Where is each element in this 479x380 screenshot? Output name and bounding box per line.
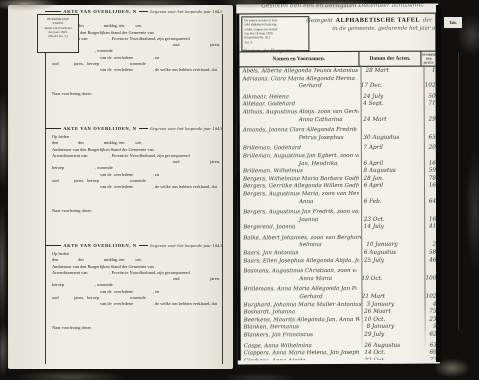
entry-name: Bergers, Augustinus Jan Fredrik, zoon va… bbox=[243, 209, 359, 217]
header-rule bbox=[139, 128, 148, 129]
entry-name: Amands, Joanna Clara Allegonda Fredrik bbox=[243, 127, 359, 135]
form-section: AKTE VAN OVERLIJDEN, N Gegeven voor het … bbox=[45, 122, 222, 239]
table-row: Althuis, Augustinus Aloijs, zoon van Ger… bbox=[240, 109, 436, 125]
table-row: Balke, Albert Johannes, zoon van Berghar… bbox=[240, 234, 436, 250]
entry-date: 14 July bbox=[359, 224, 424, 232]
entry-act-number: 77 bbox=[425, 357, 437, 360]
entry-name-cell: Adriaans, Clara Maria Allegonda Hermanus… bbox=[240, 76, 356, 92]
table-row: Adriaans, Clara Maria Allegonda Hermanus… bbox=[240, 75, 436, 91]
entry-date: 24 Mart bbox=[358, 116, 423, 124]
printed-stamp-box: BURGERLIJKE STAND. Akten van Overlijden … bbox=[37, 14, 79, 53]
header-rule bbox=[45, 11, 61, 12]
entry-act-number: 64 bbox=[424, 198, 436, 206]
table-row: Bergerend, Joanna 14 July 41 bbox=[240, 224, 436, 232]
entry-act-number: 63 bbox=[424, 342, 436, 350]
scanned-register-spread: AKTE VAN OVERLIJDEN, N Gegeven voor het … bbox=[0, 0, 479, 380]
book-fold-edge bbox=[436, 5, 441, 362]
handwritten-corner-note: Gegeven voor het loopende jaar 1843 bbox=[150, 9, 222, 14]
form-footer: Naar voorlezing dezer. bbox=[45, 91, 222, 96]
entry-name-cell: Baars, Ellen Josephus Allegonda Alijda, … bbox=[240, 258, 359, 266]
entry-date: 30 Augustus bbox=[358, 134, 423, 142]
form-section-title: AKTE VAN OVERLIJDEN, N bbox=[63, 126, 137, 131]
entry-name-cell: Brillemans, Anna Maria Allegonda Jan Pet… bbox=[240, 286, 356, 302]
form-line: van de overledene , de welke ons hebben … bbox=[52, 301, 222, 307]
header-rule bbox=[45, 128, 61, 129]
printed-notice-box: De namen worden in deze tafel alphabetis… bbox=[241, 16, 309, 51]
handwritten-corner-note: Gegeven voor het loopende jaar 1843 bbox=[150, 243, 222, 248]
entry-date: 22 Oct. bbox=[359, 357, 424, 360]
table-row: Bergers, Augustinus Maria, zoon van Hend… bbox=[240, 190, 436, 206]
entry-act-number: 71 bbox=[423, 101, 435, 109]
stamp-line: (Model No. 3.) bbox=[38, 34, 78, 38]
entry-name-continued: Anna bbox=[243, 198, 359, 206]
entry-act-number: 100 bbox=[421, 275, 437, 283]
table-row: Blankers, Jan Franciscus 29 July 62 bbox=[241, 332, 437, 340]
entry-name: Baars, Ellen Josephus Allegonda Alijda, … bbox=[243, 258, 359, 266]
entry-date: 6 April bbox=[359, 183, 424, 191]
entry-name-cell: Balke, Albert Johannes, zoon van Berghar… bbox=[240, 235, 361, 251]
header-rule bbox=[139, 245, 148, 246]
entry-act-number: 23 bbox=[424, 316, 436, 324]
entry-date: 17 Dec. bbox=[356, 83, 420, 91]
entry-date: 29 July bbox=[359, 332, 424, 340]
form-section-title: AKTE VAN OVERLIJDEN, N bbox=[63, 243, 137, 248]
notice-line: Art. 4. bbox=[244, 40, 306, 45]
handwritten-note-above-table: Gesloten den een en dertigsten December … bbox=[261, 2, 423, 10]
index-table-frame: De namen worden in deze tafel alphabetis… bbox=[236, 13, 439, 361]
entry-name-cell: Bergerend, Joanna bbox=[240, 224, 359, 232]
handwritten-margin-note: Gezien, de Burgemr. bbox=[243, 49, 293, 54]
form-footer: Naar voorlezing dezer. bbox=[45, 208, 222, 213]
entry-act-number: 29 bbox=[423, 116, 435, 124]
entry-name-cell: Althuis, Augustinus Aloijs, zoon van Ger… bbox=[240, 109, 359, 125]
entry-date: 7 April bbox=[358, 145, 423, 153]
entry-name-cell: Clerkens, Anna Aleida bbox=[241, 358, 360, 361]
entry-date: 25 July bbox=[359, 257, 424, 265]
handwritten-title-suffix: der akten van overlijden, des jaars 1843 bbox=[423, 17, 432, 23]
header-rule bbox=[45, 245, 61, 246]
entry-act-number: 16 bbox=[424, 183, 436, 191]
entry-name-continued: Anna Catharina bbox=[243, 116, 359, 124]
header-rule bbox=[139, 11, 148, 12]
table-row: Bergers, Augustinus Jan Fredrik, zoon va… bbox=[240, 209, 436, 225]
form-footer: Naar voorlezing dezer. bbox=[45, 325, 222, 330]
entry-name: Bergerend, Joanna bbox=[243, 224, 359, 232]
table-row: Amands, Joanna Clara Allegonda Fredrik P… bbox=[240, 127, 436, 143]
handwritten-corner-note: Gegeven voor het loopende jaar 1843 bbox=[150, 126, 222, 131]
entry-date: 4 Sept. bbox=[358, 101, 423, 109]
entry-act-number: 65 bbox=[424, 134, 436, 142]
table-row: Brilleman, Augustinus Jan Egbert, zoon v… bbox=[240, 153, 436, 169]
entry-name-continued: Gerhard bbox=[243, 83, 356, 91]
table-row: Baars, Ellen Josephus Allegonda Alijda, … bbox=[240, 257, 436, 265]
handwritten-title-prefix: Gezegeld bbox=[306, 18, 332, 24]
table-title: ALPHABETISCHE TAFEL bbox=[336, 17, 420, 24]
entry-name: Bergers, Augustinus Maria, zoon van Hend… bbox=[243, 191, 359, 199]
table-body: Abels, Alberta Allegonda Teunis Antonius… bbox=[239, 65, 436, 361]
entry-act-number: 58 bbox=[424, 250, 436, 258]
entry-act-number: 62 bbox=[424, 332, 436, 340]
entry-act-number: 41 bbox=[424, 224, 436, 232]
form-line: van de overledene , de welke ons hebben … bbox=[52, 67, 222, 73]
left-page-death-certificate-forms: AKTE VAN OVERLIJDEN, N Gegeven voor het … bbox=[8, 5, 233, 369]
page-tab: Tab. bbox=[444, 17, 462, 28]
entry-act-number: 59 bbox=[424, 168, 436, 176]
entry-act-number: 102 bbox=[420, 83, 436, 91]
entry-name: Blankers, Jan Franciscus bbox=[244, 332, 360, 340]
entry-name-cell: Bergers, Augustinus Maria, zoon van Hend… bbox=[240, 191, 359, 207]
entry-name-continued: Petrus Josephus bbox=[243, 135, 359, 143]
form-line: van de overledene , de welke ons hebben … bbox=[52, 184, 222, 190]
entry-name-cell: Brilleman, Augustinus Jan Egbert, zoon v… bbox=[240, 153, 359, 169]
entry-act-number: 75 bbox=[424, 309, 436, 317]
entry-act-number: 1 bbox=[427, 68, 436, 76]
entry-date: 19 Oct. bbox=[357, 275, 421, 283]
form-section: AKTE VAN OVERLIJDEN, N Gegeven voor het … bbox=[45, 239, 222, 356]
right-margin-rule bbox=[222, 14, 223, 364]
entry-name: Clerkens, Anna Aleida bbox=[244, 358, 360, 361]
page-stack-edge-highlight bbox=[458, 52, 459, 330]
right-page-alphabetical-table: Gesloten den een en dertigsten December … bbox=[236, 4, 440, 365]
table-row: Bosmans, Augustinus Christiaan, zoon van… bbox=[240, 268, 436, 284]
entry-name: Bosmans, Augustinus Christiaan, zoon van… bbox=[243, 268, 356, 276]
entry-name: Brilleman, Augustinus Jan Egbert, zoon v… bbox=[243, 153, 359, 161]
table-row: Clerkens, Anna Aleida 22 Oct. 77 bbox=[241, 357, 437, 360]
entry-name-continued: Anna Maria bbox=[243, 276, 356, 284]
entry-name-cell: Bergers, Augustinus Jan Fredrik, zoon va… bbox=[240, 209, 359, 225]
entry-name-cell: Amands, Joanna Clara Allegonda Fredrik P… bbox=[240, 127, 359, 143]
entry-act-number: 20 bbox=[424, 145, 436, 153]
entry-date: 28 Mart bbox=[360, 68, 426, 76]
entry-name-cell: Bosmans, Augustinus Christiaan, zoon van… bbox=[240, 268, 356, 284]
entry-act-number: 78 bbox=[424, 175, 436, 183]
entry-act-number: 46 bbox=[424, 257, 436, 265]
entry-date: 6 Feb. bbox=[359, 198, 424, 206]
table-row: Brillemans, Anna Maria Allegonda Jan Pet… bbox=[240, 286, 436, 302]
entry-act-number: 2 bbox=[428, 242, 437, 250]
entry-act-number: 16 bbox=[424, 216, 436, 224]
table-title-block: Gezegeld ALPHABETISCHE TAFEL der akten v… bbox=[306, 17, 432, 33]
column-header-act-number: NUMMER DER AKTEN. bbox=[421, 52, 436, 66]
entry-act-number: 16 bbox=[424, 160, 436, 168]
handwritten-subtitle: in de gemeente, gedurende het jaar opgem… bbox=[306, 26, 432, 33]
entry-name-cell: Blankers, Jan Franciscus bbox=[241, 332, 360, 340]
entry-act-number: 50 bbox=[423, 93, 435, 101]
entry-name: Althuis, Augustinus Aloijs, zoon van Ger… bbox=[243, 109, 359, 117]
entry-act-number: 69 bbox=[424, 350, 436, 358]
entry-act-number: 102 bbox=[421, 294, 437, 302]
